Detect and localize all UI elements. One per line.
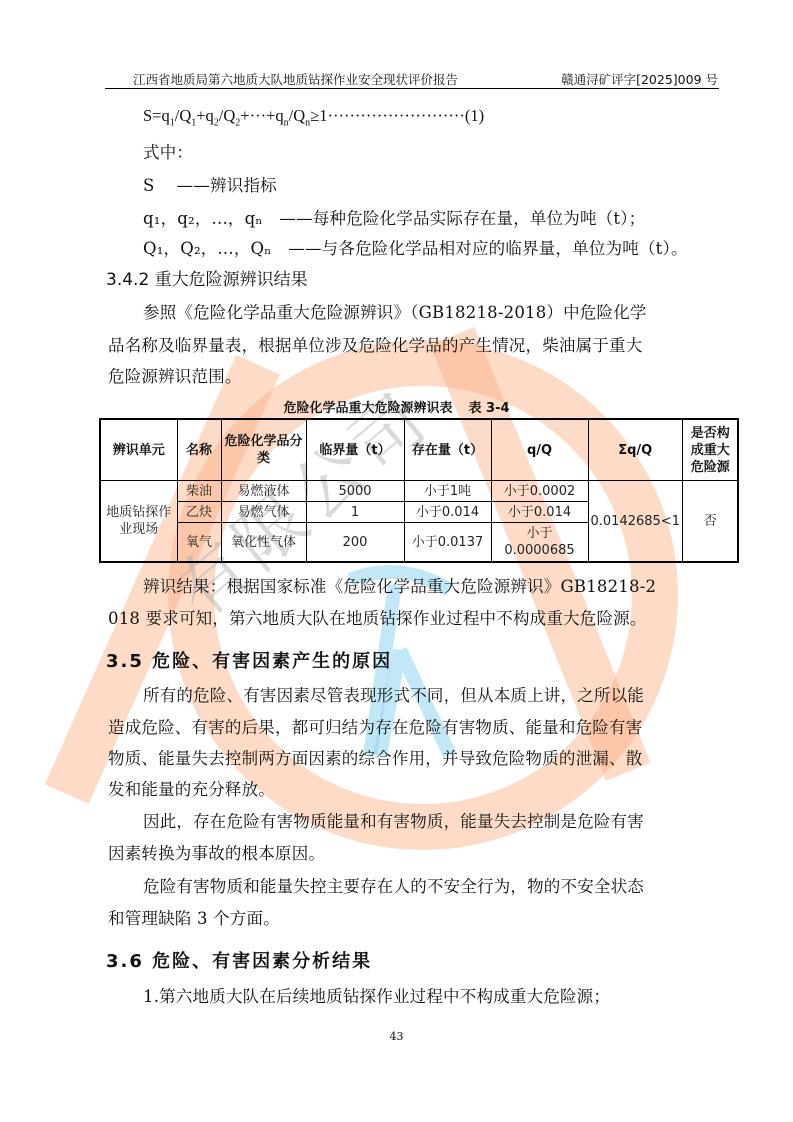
- definition-Q: Q₁，Q₂，...，Qₙ ——与各危险化学品相对应的临界量，单位为吨（t）。: [143, 235, 688, 259]
- ratio-cell: 小于0.0002: [491, 481, 588, 502]
- page-number: 43: [0, 1030, 793, 1043]
- section-3-6-title: 3.6 危险、有害因素分析结果: [106, 947, 372, 973]
- paragraph-line: 因素转换为事故的根本原因。: [108, 840, 325, 864]
- col-amount: 存在量（t）: [404, 419, 491, 481]
- sum-cell: 0.0142685<1: [588, 481, 682, 563]
- amount-cell: 小于0.0137: [404, 523, 491, 563]
- header-divider: [105, 88, 719, 89]
- ratio-cell: 小于0.0000685: [491, 523, 588, 563]
- document-number: 赣通浔矿评字[2025]009 号: [561, 70, 718, 88]
- paragraph-line: 物质、能量失去控制两方面因素的综合作用，并导致危险物质的泄漏、散: [108, 745, 642, 769]
- table-row: 地质钻探作业现场 柴油 易燃液体 5000 小于1吨 小于0.0002 0.01…: [100, 481, 738, 502]
- critical-cell: 200: [306, 523, 404, 563]
- definition-s: S ——辨识指标: [143, 172, 277, 196]
- report-title: 江西省地质局第六地质大队地质钻探作业安全现状评价报告: [133, 70, 458, 88]
- result-line: 辨识结果：根据国家标准《危险化学品重大危险源辨识》GB18218-2: [143, 573, 656, 597]
- critical-cell: 5000: [306, 481, 404, 502]
- category-cell: 易燃液体: [221, 481, 306, 502]
- table-header-row: 辨识单元 名称 危险化学品分类 临界量（t） 存在量（t） q/Q Σq/Q 是…: [100, 419, 738, 481]
- table-caption: 危险化学品重大危险源辨识表表 3-4: [0, 397, 793, 416]
- col-sum: Σq/Q: [588, 419, 682, 481]
- critical-cell: 1: [306, 502, 404, 523]
- definition-q: q₁，q₂，...，qₙ ——每种危险化学品实际存在量，单位为吨（t）；: [143, 205, 645, 229]
- ratio-cell: 小于0.014: [491, 502, 588, 523]
- list-item: 1.第六地质大队在后续地质钻探作业过程中不构成重大危险源；: [143, 983, 610, 1007]
- paragraph-line: 因此，存在危险有害物质能量和有害物质，能量失去控制是危险有害: [143, 808, 644, 832]
- paragraph-line: 发和能量的充分释放。: [108, 776, 275, 800]
- name-cell: 乙炔: [177, 502, 221, 523]
- amount-cell: 小于1吨: [404, 481, 491, 502]
- col-critical: 临界量（t）: [306, 419, 404, 481]
- paragraph-line: 所有的危险、有害因素尽管表现形式不同，但从本质上讲，之所以能: [143, 682, 644, 706]
- paragraph-line: 品名称及临界量表，根据单位涉及危险化学品的产生情况，柴油属于重大: [108, 332, 642, 356]
- col-unit: 辨识单元: [100, 419, 177, 481]
- paragraph-line: 危险源辨识范围。: [108, 363, 242, 387]
- name-cell: 柴油: [177, 481, 221, 502]
- section-3-4-2-title: 3.4.2 重大危险源辨识结果: [106, 265, 308, 290]
- page-header: 江西省地质局第六地质大队地质钻探作业安全现状评价报告 赣通浔矿评字[2025]0…: [133, 66, 718, 88]
- result-line: 018 要求可知，第六地质大队在地质钻探作业过程中不构成重大危险源。: [108, 605, 647, 629]
- paragraph-line: 参照《危险化学品重大危险源辨识》（GB18218-2018）中危险化学: [143, 299, 647, 323]
- col-category: 危险化学品分类: [221, 419, 306, 481]
- name-cell: 氧气: [177, 523, 221, 563]
- is-major-cell: 否: [682, 481, 738, 563]
- category-cell: 易燃气体: [221, 502, 306, 523]
- col-name: 名称: [177, 419, 221, 481]
- section-3-5-title: 3.5 危险、有害因素产生的原因: [106, 647, 392, 673]
- formula-1: S=q1/Q1+q2/Q2+···+qn/Qn≥1···············…: [143, 106, 484, 128]
- document-page: 有限公司 江西省地质局第六地质大队地质钻探作业安全现状评价报告 赣通浔矿评字[2…: [0, 0, 793, 1122]
- paragraph-line: 造成危险、有害的后果，都可归结为存在危险有害物质、能量和危险有害: [108, 714, 642, 738]
- col-is-major: 是否构成重大危险源: [682, 419, 738, 481]
- amount-cell: 小于0.014: [404, 502, 491, 523]
- paragraph-line: 和管理缺陷 3 个方面。: [108, 905, 280, 929]
- paragraph-line: 危险有害物质和能量失控主要存在人的不安全行为，物的不安全状态: [143, 873, 644, 897]
- category-cell: 氧化性气体: [221, 523, 306, 563]
- definition-intro: 式中：: [143, 139, 193, 163]
- major-hazard-table: 辨识单元 名称 危险化学品分类 临界量（t） 存在量（t） q/Q Σq/Q 是…: [99, 418, 739, 563]
- unit-cell: 地质钻探作业现场: [100, 481, 177, 563]
- col-ratio: q/Q: [491, 419, 588, 481]
